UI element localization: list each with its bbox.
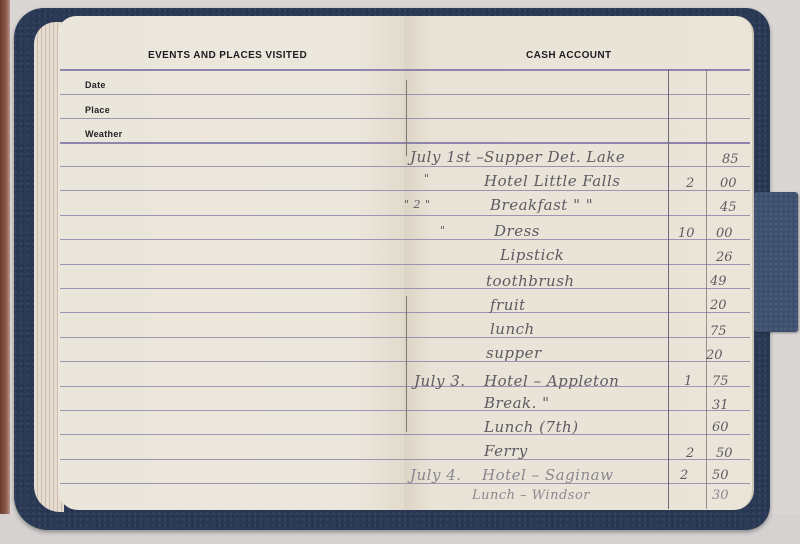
ruled-line — [404, 410, 750, 411]
entry-item: Hotel – Saginaw — [482, 466, 613, 484]
weather-label: Weather — [85, 129, 122, 139]
ruled-line — [60, 434, 404, 435]
entry-item: fruit — [490, 296, 526, 314]
entry-item: Hotel – Appleton — [484, 372, 619, 390]
entry-item: supper — [486, 344, 542, 362]
ruled-line — [60, 166, 404, 167]
ruled-line — [404, 190, 750, 191]
ruled-line — [404, 264, 750, 265]
dollars-column-divider — [668, 69, 669, 509]
ruled-line — [404, 142, 750, 144]
entry-item: Dress — [494, 222, 540, 240]
ruled-line — [60, 118, 404, 119]
background-frame — [0, 0, 10, 544]
entry-item: Ferry — [484, 442, 528, 460]
ruled-line — [60, 264, 404, 265]
entry-item: Lipstick — [500, 246, 564, 264]
right-page-heading: CASH ACCOUNT — [526, 50, 612, 61]
right-page — [404, 16, 754, 510]
entry-cents: 20 — [710, 298, 727, 313]
entry-item: lunch — [490, 320, 535, 338]
left-page — [58, 16, 404, 510]
entry-cents: 75 — [712, 374, 729, 389]
ruled-line — [404, 312, 750, 313]
entry-dollars: 2 — [680, 468, 688, 483]
ruled-line — [404, 288, 750, 289]
entry-cents: 50 — [712, 468, 729, 483]
entry-date: " — [424, 172, 430, 185]
ruled-line — [60, 410, 404, 411]
margin-bracket-1 — [406, 80, 407, 156]
ruled-line — [404, 215, 750, 216]
ruled-line — [60, 337, 404, 338]
entry-cents: 00 — [716, 226, 733, 241]
entry-item: Lunch – Windsor — [472, 488, 590, 503]
entry-cents: 26 — [716, 250, 733, 265]
entry-item: Lunch (7th) — [484, 418, 579, 436]
entry-item: Supper Det. Lake — [484, 148, 625, 166]
entry-date: July 1st – — [410, 148, 484, 166]
entry-dollars: 2 — [686, 446, 694, 461]
ruled-line — [404, 459, 750, 460]
cents-column-divider — [706, 69, 707, 509]
ruled-line — [404, 69, 750, 71]
ruled-line — [60, 239, 404, 240]
entry-cents: 30 — [712, 488, 729, 503]
entry-dollars: 1 — [684, 374, 692, 389]
entry-dollars: 2 — [686, 176, 694, 191]
place-label: Place — [85, 105, 110, 115]
entry-dollars: 10 — [678, 226, 695, 241]
ruled-line — [404, 239, 750, 240]
entry-cents: 85 — [722, 152, 739, 167]
entry-cents: 75 — [710, 324, 727, 339]
ruled-line — [404, 166, 750, 167]
ruled-line — [404, 118, 750, 119]
ruled-line — [60, 483, 404, 484]
entry-date: " 2 " — [404, 198, 431, 211]
entry-date: July 4. — [410, 466, 462, 484]
ruled-line — [404, 94, 750, 95]
entry-cents: 45 — [720, 200, 737, 215]
entry-cents: 60 — [712, 420, 729, 435]
entry-item: toothbrush — [486, 272, 575, 290]
entry-item: Break. " — [484, 394, 550, 412]
ruled-line — [404, 337, 750, 338]
ruled-line — [60, 69, 404, 71]
margin-bracket-2 — [406, 296, 407, 432]
entry-date: " — [440, 224, 446, 237]
ruled-line — [60, 288, 404, 289]
ruled-line — [60, 312, 404, 313]
ruled-line — [60, 190, 404, 191]
entry-cents: 31 — [712, 398, 729, 413]
ruled-line — [60, 459, 404, 460]
entry-item: Breakfast " " — [490, 196, 593, 214]
ruled-line — [60, 94, 404, 95]
ruled-line — [60, 361, 404, 362]
entry-cents: 00 — [720, 176, 737, 191]
entry-item: Hotel Little Falls — [484, 172, 620, 190]
ruled-line — [60, 386, 404, 387]
ruled-line — [60, 142, 404, 144]
entry-date: July 3. — [414, 372, 466, 390]
entry-cents: 20 — [706, 348, 723, 363]
date-label: Date — [85, 80, 106, 90]
ruled-line — [404, 361, 750, 362]
closure-strap — [754, 192, 798, 332]
left-page-heading: EVENTS AND PLACES VISITED — [148, 50, 307, 61]
entry-cents: 50 — [716, 446, 733, 461]
entry-cents: 49 — [710, 274, 727, 289]
ruled-line — [60, 215, 404, 216]
